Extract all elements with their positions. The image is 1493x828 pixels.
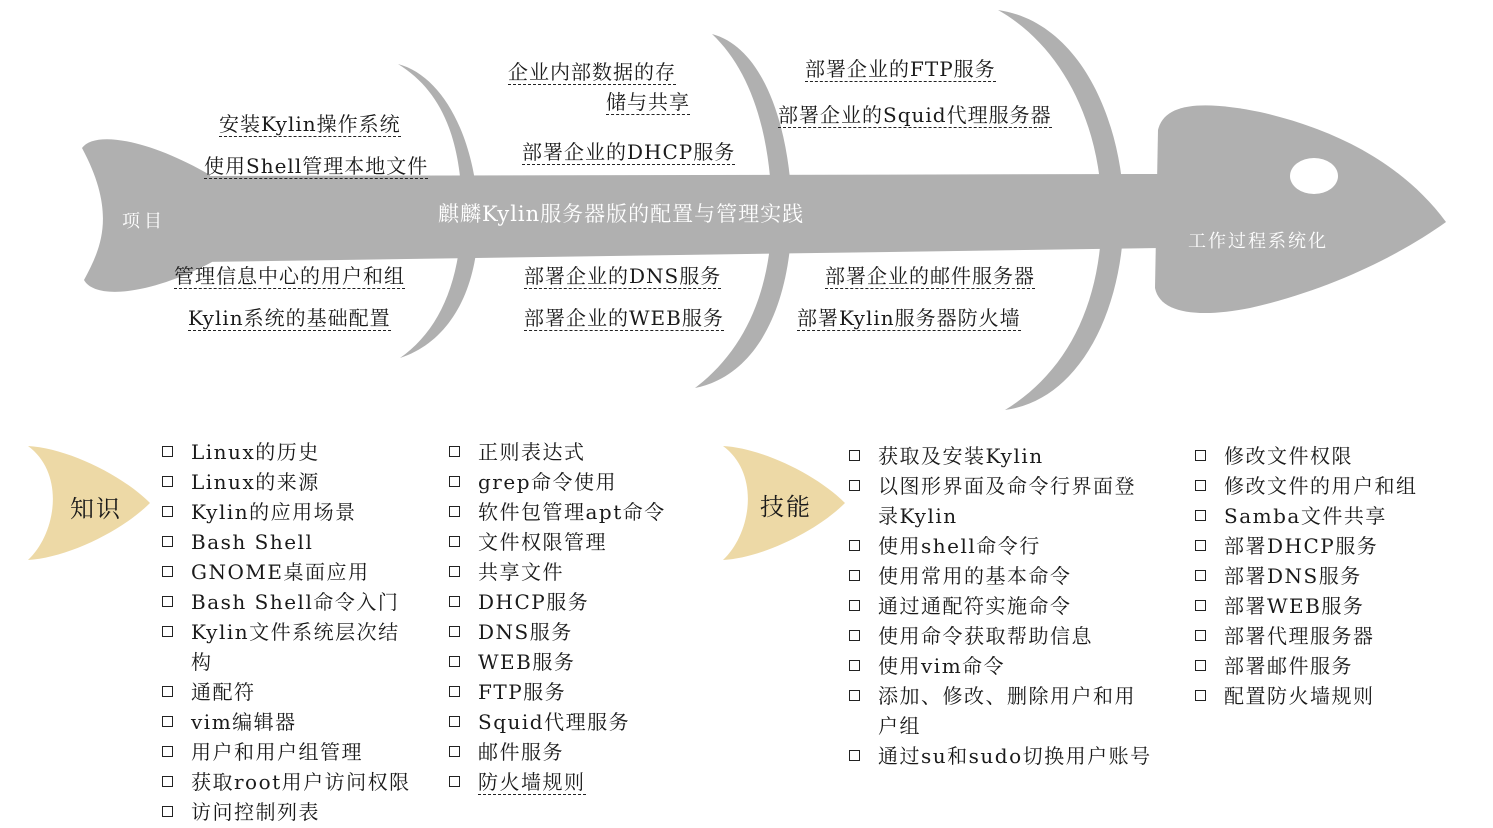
checkbox-icon[interactable] bbox=[162, 626, 173, 637]
checkbox-icon[interactable] bbox=[449, 446, 460, 457]
knowledge-list-column-1: Linux的历史 Linux的来源 Kylin的应用场景 Bash Shell … bbox=[158, 437, 448, 827]
checkbox-icon[interactable] bbox=[162, 596, 173, 607]
list-item-continuation: 户组 bbox=[845, 711, 1190, 741]
list-item: 访问控制列表 bbox=[158, 797, 448, 827]
list-item: 软件包管理apt命令 bbox=[445, 497, 715, 527]
list-item: 正则表达式 bbox=[445, 437, 715, 467]
checkbox-icon[interactable] bbox=[449, 686, 460, 697]
list-item-continuation: 构 bbox=[158, 647, 448, 677]
list-item-continuation: 录Kylin bbox=[845, 501, 1190, 531]
list-item: 修改文件的用户和组 bbox=[1191, 471, 1491, 501]
list-item: 使用vim命令 bbox=[845, 651, 1190, 681]
list-item: Bash Shell命令入门 bbox=[158, 587, 448, 617]
project-label-squid: 部署企业的Squid代理服务器 bbox=[778, 103, 1052, 128]
list-item: 获取及安装Kylin bbox=[845, 441, 1190, 471]
checkbox-icon[interactable] bbox=[162, 806, 173, 817]
list-item: 通过su和sudo切换用户账号 bbox=[845, 741, 1190, 771]
checkbox-icon[interactable] bbox=[449, 536, 460, 547]
list-item: 使用shell命令行 bbox=[845, 531, 1190, 561]
list-item: 文件权限管理 bbox=[445, 527, 715, 557]
checkbox-icon[interactable] bbox=[449, 506, 460, 517]
checkbox-icon[interactable] bbox=[449, 716, 460, 727]
checkbox-icon[interactable] bbox=[449, 776, 460, 787]
list-item: 通配符 bbox=[158, 677, 448, 707]
list-item: 修改文件权限 bbox=[1191, 441, 1491, 471]
list-item: Kylin的应用场景 bbox=[158, 497, 448, 527]
checkbox-icon[interactable] bbox=[162, 776, 173, 787]
checkbox-icon[interactable] bbox=[849, 750, 860, 761]
checkbox-icon[interactable] bbox=[1195, 480, 1206, 491]
knowledge-badge-label: 知识 bbox=[70, 489, 122, 524]
checkbox-icon[interactable] bbox=[849, 690, 860, 701]
list-item: Samba文件共享 bbox=[1191, 501, 1491, 531]
checkbox-icon[interactable] bbox=[1195, 660, 1206, 671]
list-item: 共享文件 bbox=[445, 557, 715, 587]
checkbox-icon[interactable] bbox=[1195, 570, 1206, 581]
checkbox-icon[interactable] bbox=[849, 660, 860, 671]
list-item: 防火墙规则 bbox=[445, 767, 715, 797]
project-label-dhcp: 部署企业的DHCP服务 bbox=[522, 140, 735, 165]
fish-eye bbox=[1290, 158, 1338, 194]
head-label: 工作过程系统化 bbox=[1188, 227, 1328, 253]
checkbox-icon[interactable] bbox=[849, 450, 860, 461]
list-item: FTP服务 bbox=[445, 677, 715, 707]
checkbox-icon[interactable] bbox=[449, 566, 460, 577]
checkbox-icon[interactable] bbox=[162, 686, 173, 697]
checkbox-icon[interactable] bbox=[162, 746, 173, 757]
list-item: 使用命令获取帮助信息 bbox=[845, 621, 1190, 651]
checkbox-icon[interactable] bbox=[449, 626, 460, 637]
list-item: Bash Shell bbox=[158, 527, 448, 557]
list-item: 用户和用户组管理 bbox=[158, 737, 448, 767]
skills-badge-label: 技能 bbox=[760, 487, 812, 522]
fish-head bbox=[1155, 105, 1446, 313]
knowledge-list-column-2: 正则表达式 grep命令使用 软件包管理apt命令 文件权限管理 共享文件 DH… bbox=[445, 437, 715, 797]
list-item: Squid代理服务 bbox=[445, 707, 715, 737]
checkbox-icon[interactable] bbox=[849, 570, 860, 581]
project-label-data-storage-line2: 储与共享 bbox=[606, 90, 690, 115]
list-item: 获取root用户访问权限 bbox=[158, 767, 448, 797]
diagram-title: 麒麟Kylin服务器版的配置与管理实践 bbox=[438, 198, 804, 228]
list-item: 部署邮件服务 bbox=[1191, 651, 1491, 681]
list-item: GNOME桌面应用 bbox=[158, 557, 448, 587]
list-item: 使用常用的基本命令 bbox=[845, 561, 1190, 591]
checkbox-icon[interactable] bbox=[162, 506, 173, 517]
checkbox-icon[interactable] bbox=[162, 566, 173, 577]
list-item: 部署WEB服务 bbox=[1191, 591, 1491, 621]
list-item: vim编辑器 bbox=[158, 707, 448, 737]
list-item: grep命令使用 bbox=[445, 467, 715, 497]
list-item: 通过通配符实施命令 bbox=[845, 591, 1190, 621]
checkbox-icon[interactable] bbox=[449, 596, 460, 607]
project-label-web: 部署企业的WEB服务 bbox=[524, 306, 724, 331]
tail-label: 项目 bbox=[122, 207, 166, 233]
checkbox-icon[interactable] bbox=[849, 480, 860, 491]
list-item: 添加、修改、删除用户和用 bbox=[845, 681, 1190, 711]
checkbox-icon[interactable] bbox=[1195, 540, 1206, 551]
skills-list-column-2: 修改文件权限 修改文件的用户和组 Samba文件共享 部署DHCP服务 部署DN… bbox=[1191, 441, 1491, 711]
project-label-install-kylin: 安装Kylin操作系统 bbox=[219, 112, 401, 137]
checkbox-icon[interactable] bbox=[449, 476, 460, 487]
checkbox-icon[interactable] bbox=[849, 540, 860, 551]
checkbox-icon[interactable] bbox=[849, 630, 860, 641]
list-item: 部署DNS服务 bbox=[1191, 561, 1491, 591]
list-item: Linux的来源 bbox=[158, 467, 448, 497]
list-item: 以图形界面及命令行界面登 bbox=[845, 471, 1190, 501]
project-label-firewall: 部署Kylin服务器防火墙 bbox=[797, 306, 1021, 331]
project-label-users-groups: 管理信息中心的用户和组 bbox=[174, 264, 405, 289]
list-item: 邮件服务 bbox=[445, 737, 715, 767]
project-label-ftp: 部署企业的FTP服务 bbox=[805, 57, 996, 82]
list-item: DNS服务 bbox=[445, 617, 715, 647]
project-label-dns: 部署企业的DNS服务 bbox=[524, 264, 721, 289]
project-label-mail: 部署企业的邮件服务器 bbox=[825, 264, 1035, 289]
list-item: Linux的历史 bbox=[158, 437, 448, 467]
list-item: 配置防火墙规则 bbox=[1191, 681, 1491, 711]
checkbox-icon[interactable] bbox=[849, 600, 860, 611]
project-label-basic-config: Kylin系统的基础配置 bbox=[188, 306, 391, 331]
skills-list-column-1: 获取及安装Kylin 以图形界面及命令行界面登 录Kylin 使用shell命令… bbox=[845, 441, 1190, 771]
project-label-data-storage-line1: 企业内部数据的存 bbox=[508, 60, 676, 85]
project-label-shell-files: 使用Shell管理本地文件 bbox=[204, 154, 428, 179]
checkbox-icon[interactable] bbox=[449, 656, 460, 667]
checkbox-icon[interactable] bbox=[1195, 450, 1206, 461]
checkbox-icon[interactable] bbox=[449, 746, 460, 757]
list-item: WEB服务 bbox=[445, 647, 715, 677]
checkbox-icon[interactable] bbox=[162, 476, 173, 487]
checkbox-icon[interactable] bbox=[162, 536, 173, 547]
list-item: DHCP服务 bbox=[445, 587, 715, 617]
checkbox-icon[interactable] bbox=[1195, 690, 1206, 701]
checkbox-icon[interactable] bbox=[1195, 630, 1206, 641]
checkbox-icon[interactable] bbox=[1195, 510, 1206, 521]
list-item: 部署代理服务器 bbox=[1191, 621, 1491, 651]
list-item: Kylin文件系统层次结 bbox=[158, 617, 448, 647]
checkbox-icon[interactable] bbox=[162, 716, 173, 727]
list-item: 部署DHCP服务 bbox=[1191, 531, 1491, 561]
checkbox-icon[interactable] bbox=[162, 446, 173, 457]
checkbox-icon[interactable] bbox=[1195, 600, 1206, 611]
